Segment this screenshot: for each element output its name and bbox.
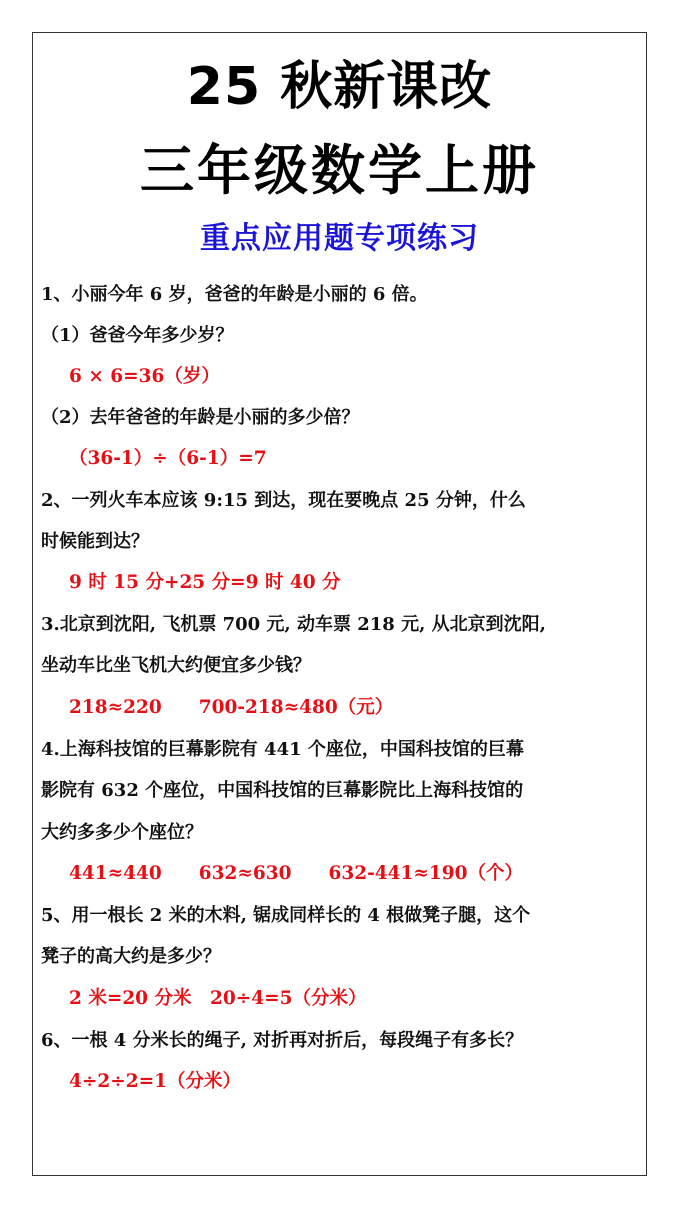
title-line-2: 三年级数学上册 [33, 138, 646, 204]
problem-6-answer: 4÷2÷2=1（分米） [69, 1070, 241, 1094]
problem-5-question-line-1: 5、用一根长 2 米的木料, 锯成同样长的 4 根做凳子腿，这个 [41, 904, 530, 928]
worksheet-page: 25 秋新课改 三年级数学上册 重点应用题专项练习 1、小丽今年 6 岁，爸爸的… [32, 32, 647, 1176]
problem-1-question-line-1: 1、小丽今年 6 岁，爸爸的年龄是小丽的 6 倍。 [41, 283, 428, 307]
subtitle: 重点应用题专项练习 [33, 219, 646, 259]
problem-4-answer: 441≈440 632≈630 632-441≈190（个） [69, 862, 523, 886]
problem-3-question-line-1: 3.北京到沈阳, 飞机票 700 元, 动车票 218 元, 从北京到沈阳, [41, 613, 546, 637]
problem-2-question-line-1: 2、一列火车本应该 9:15 到达，现在要晚点 25 分钟，什么 [41, 489, 526, 513]
problem-5-answer: 2 米=20 分米 20÷4=5（分米） [69, 987, 367, 1011]
problem-1-subquestion-2: （2）去年爸爸的年龄是小丽的多少倍？ [41, 406, 360, 430]
problem-5-question-line-2: 凳子的高大约是多少？ [41, 945, 221, 969]
problem-3-answer: 218≈220 700-218≈480（元） [69, 696, 393, 720]
problem-4-question-line-3: 大约多多少个座位？ [41, 821, 203, 845]
problem-2-answer: 9 时 15 分+25 分=9 时 40 分 [69, 571, 341, 595]
problem-6-question-line-1: 6、一根 4 分米长的绳子, 对折再对折后，每段绳子有多长？ [41, 1029, 523, 1053]
problem-1-subanswer-2: （36-1）÷（6-1）=7 [69, 447, 267, 471]
title-line-1: 25 秋新课改 [33, 55, 646, 119]
problem-2-question-line-2: 时候能到达？ [41, 530, 149, 554]
problem-1-subanswer-1: 6 × 6=36（岁） [69, 365, 220, 389]
problem-1-subquestion-1: （1）爸爸今年多少岁？ [41, 324, 234, 348]
problem-4-question-line-2: 影院有 632 个座位，中国科技馆的巨幕影院比上海科技馆的 [41, 779, 523, 803]
problem-4-question-line-1: 4.上海科技馆的巨幕影院有 441 个座位，中国科技馆的巨幕 [41, 738, 524, 762]
problem-3-question-line-2: 坐动车比坐飞机大约便宜多少钱？ [41, 654, 311, 678]
